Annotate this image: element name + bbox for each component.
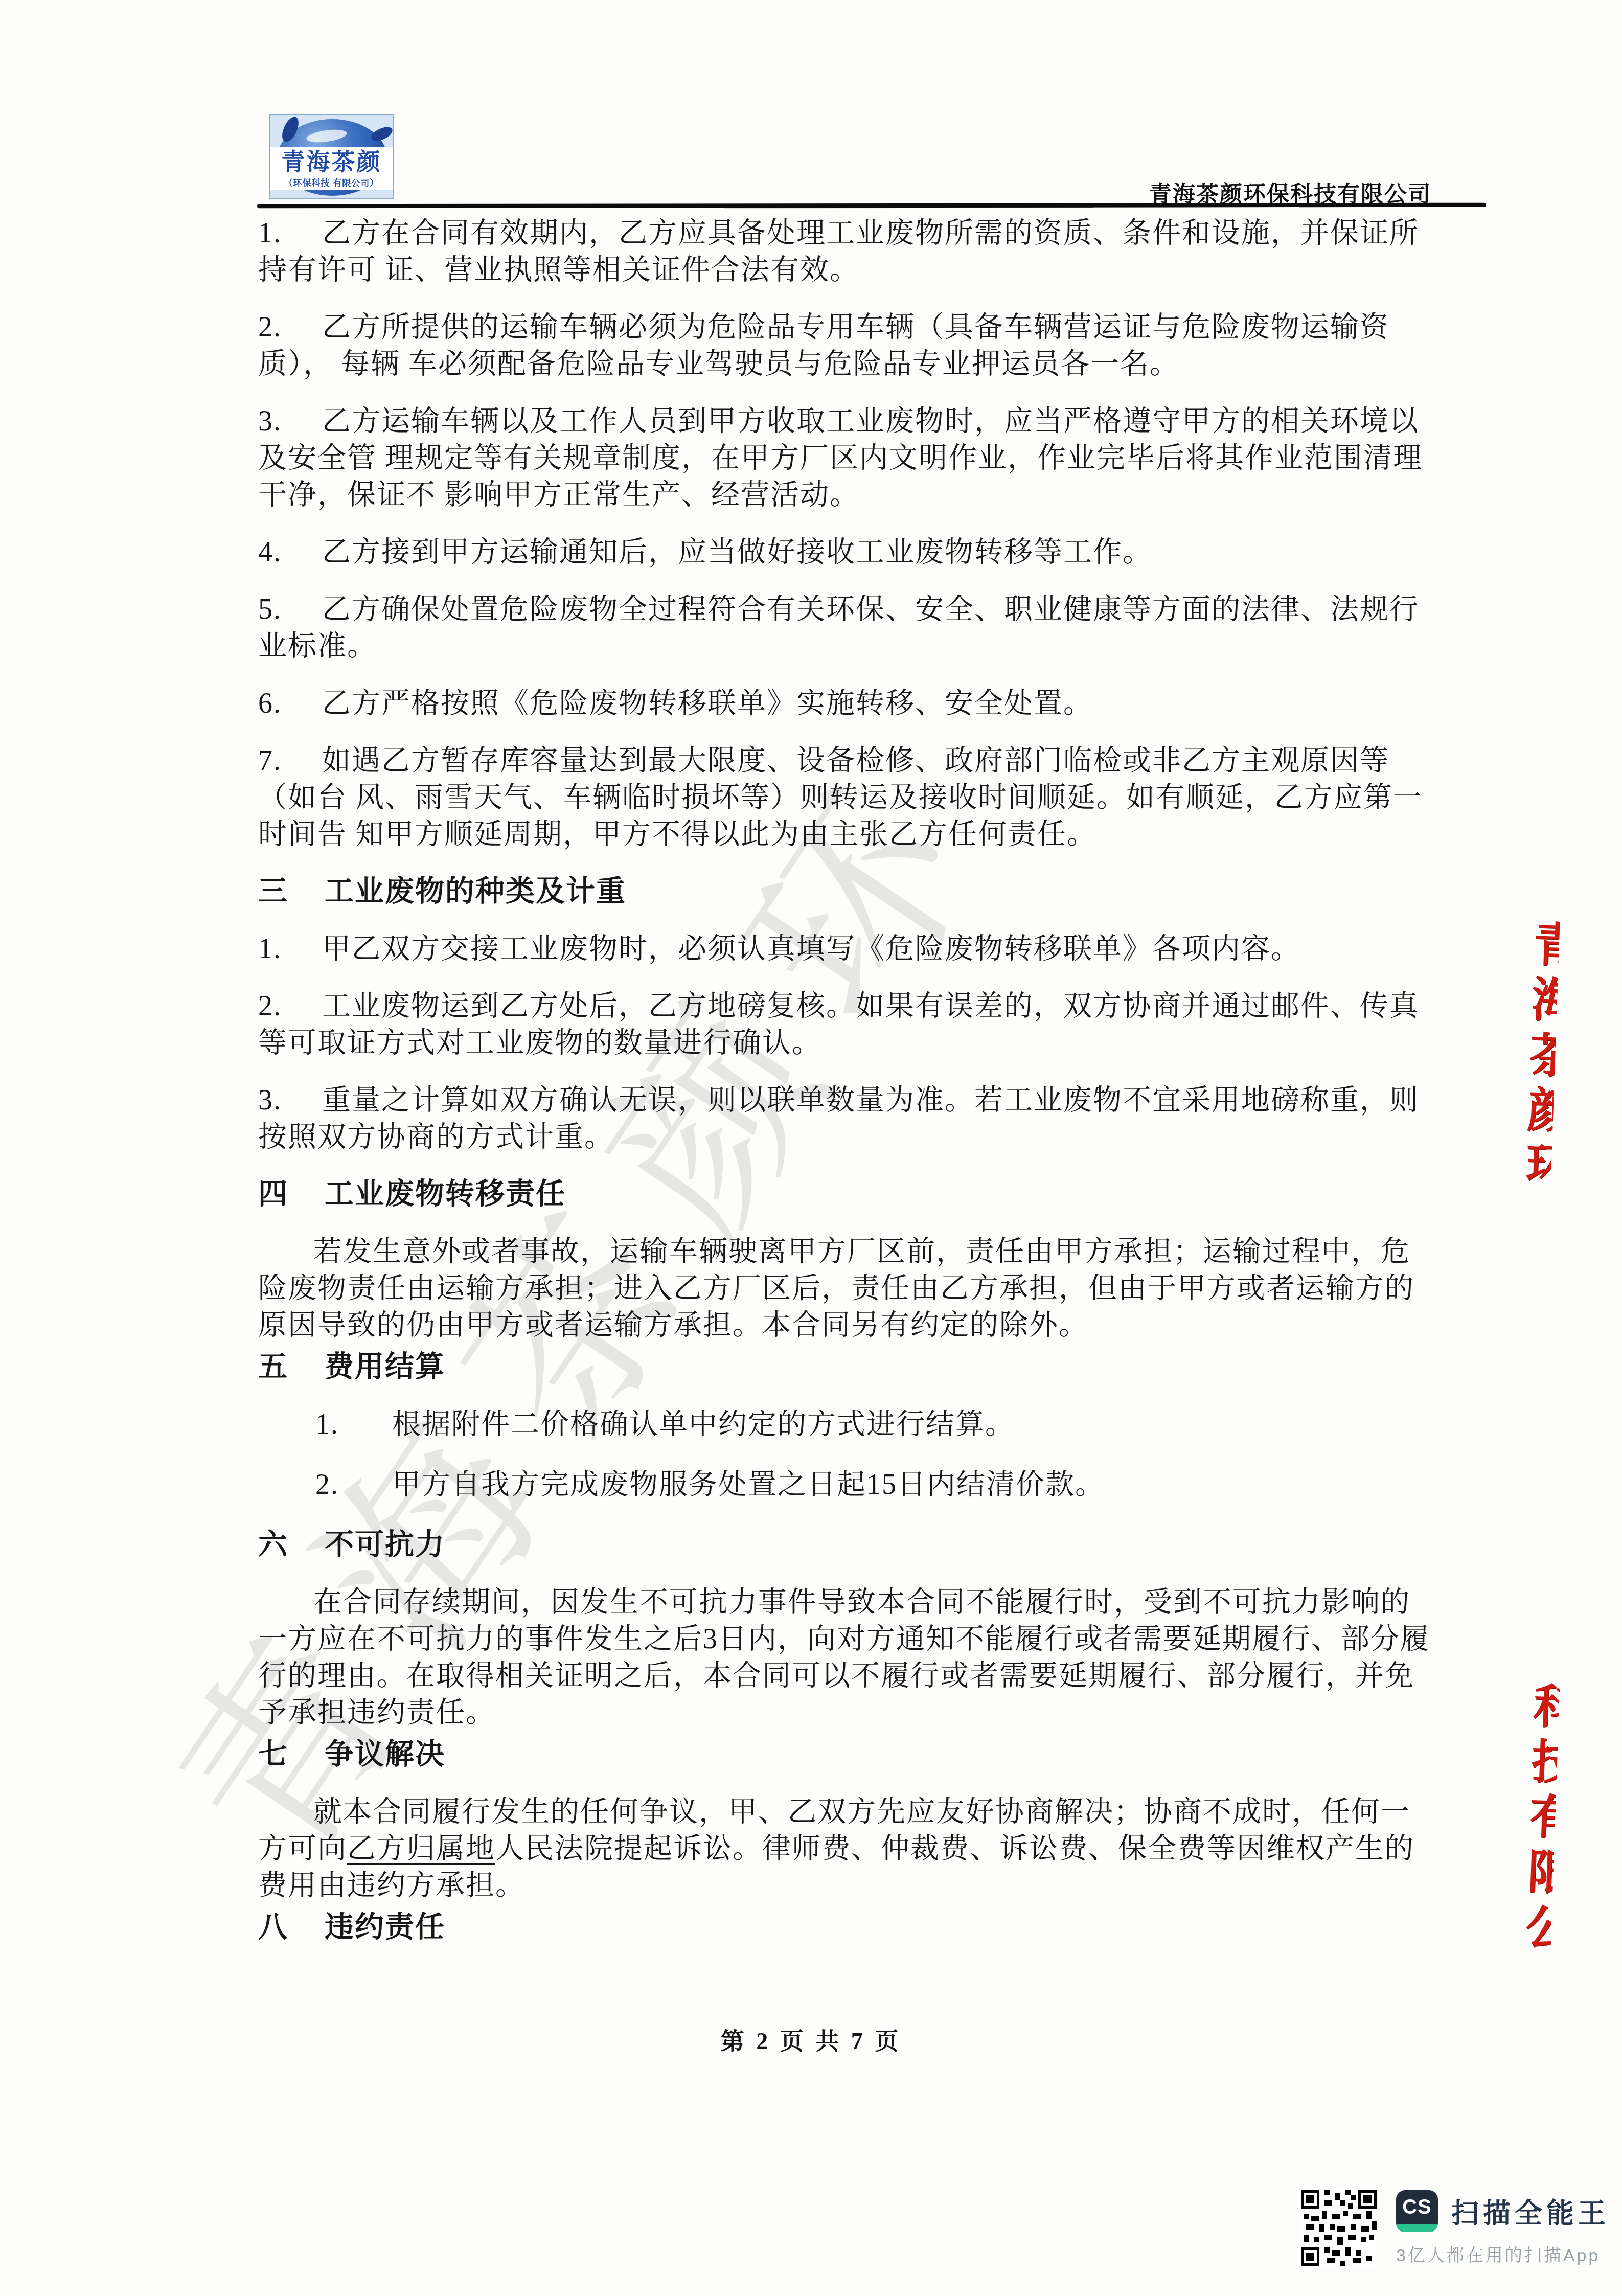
section-number: 六 [258,1527,325,1563]
clause-paragraph: 1.甲乙双方交接工业废物时，必须认真填写《危险废物转移联单》各项内容。 [258,930,1431,967]
camscanner-watermark: CS 扫描全能王 3亿人都在用的扫描App [1301,2190,1610,2266]
section-heading: 五费用结算 [258,1349,1431,1385]
stamp-fragment: 技 [1530,1737,1558,1789]
clause-paragraph: 6.乙方严格按照《危险废物转移联单》实施转移、安全处置。 [258,685,1431,722]
clause-number: 7. [258,742,322,779]
clause-text: 乙方严格按照《危险废物转移联单》实施转移、安全处置。 [322,688,1093,719]
stamp-fragment: 科 [1533,1681,1560,1734]
clause-number: 2. [258,309,322,346]
clause-paragraph: 若发生意外或者事故，运输车辆驶离甲方厂区前，责任由甲方承担；运输过程中，危险废物… [258,1233,1431,1344]
clause-paragraph: 7.如遇乙方暂存库容量达到最大限度、设备检修、政府部门临检或非乙方主观原因等（如… [258,742,1431,853]
section-number: 八 [258,1909,325,1946]
contract-body: 1.乙方在合同有效期内，乙方应具备处理工业废物所需的资质、条件和设施，并保证所持… [258,215,1431,1966]
section-heading: 六不可抗力 [258,1527,1431,1563]
logo-title: 青海茶颜 [282,150,382,173]
logo-title-band: 青海茶颜 [270,147,393,176]
section-title: 违约责任 [325,1911,445,1943]
section-title: 工业废物的种类及计重 [325,875,626,907]
clause-text: 乙方确保处置危险废物全过程符合有关环保、安全、职业健康等方面的法律、法规行业标准… [258,594,1419,662]
clause-text: 乙方接到甲方运输通知后，应当做好接收工业废物转移等工作。 [322,536,1152,568]
red-stamp-fragments-upper: 青 海 茶 颜 环 [1525,920,1560,1196]
clause-number: 3. [258,403,322,440]
scanned-contract-page: 青海茶颜环 青海茶颜 （环保科技 有限公司） 青海茶颜环保科技有限公司 1.乙方… [0,0,1622,2296]
clause-number: 2. [258,988,322,1025]
clause-number: 1. [258,215,322,252]
clause-text: 乙方在合同有效期内，乙方应具备处理工业废物所需的资质、条件和设施，并保证所持有许… [258,217,1419,286]
section-number: 四 [258,1176,325,1213]
clause-paragraph: 4.乙方接到甲方运输通知后，应当做好接收工业废物转移等工作。 [258,534,1431,571]
camscanner-tagline: 3亿人都在用的扫描App [1396,2241,1610,2266]
section-title: 费用结算 [325,1351,445,1383]
underlined-jurisdiction-text: 乙方归属地 [347,1833,495,1865]
logo-leaf-icon [370,125,394,143]
sub-clause-paragraph: 1.根据附件二价格确认单中约定的方式进行结算。 [258,1406,1431,1443]
clause-number: 6. [258,685,322,722]
clause-text: 若发生意外或者事故，运输车辆驶离甲方厂区前，责任由甲方承担；运输过程中，危险废物… [258,1236,1414,1341]
clause-text: 根据附件二价格确认单中约定的方式进行结算。 [392,1408,1015,1440]
clause-paragraph: 2.工业废物运到乙方处后，乙方地磅复核。如果有误差的，双方协商并通过邮件、传真等… [258,988,1431,1061]
camscanner-logo: CS [1396,2190,1438,2232]
clause-text: 甲方自我方完成废物服务处置之日起15日内结清价款。 [392,1469,1105,1501]
clause-paragraph: 5.乙方确保处置危险废物全过程符合有关环保、安全、职业健康等方面的法律、法规行业… [258,591,1431,665]
section-number: 七 [258,1736,325,1773]
clause-text: 如遇乙方暂存库容量达到最大限度、设备检修、政府部门临检或非乙方主观原因等（如台 … [258,745,1423,850]
section-number: 三 [258,873,325,910]
clause-paragraph: 1.乙方在合同有效期内，乙方应具备处理工业废物所需的资质、条件和设施，并保证所持… [258,215,1431,288]
camscanner-logo-text: CS [1396,2190,1438,2224]
clause-paragraph: 3.乙方运输车辆以及工作人员到甲方收取工业废物时，应当严格遵守甲方的相关环境以及… [258,403,1431,513]
stamp-fragment: 限 [1527,1847,1554,1899]
clause-paragraph: 2.乙方所提供的运输车辆必须为危险品专用车辆（具备车辆营运证与危险废物运输资质）… [258,309,1431,382]
clause-text: 乙方所提供的运输车辆必须为危险品专用车辆（具备车辆营运证与危险废物运输资质）， … [258,311,1389,380]
section-number: 五 [258,1349,325,1385]
section-title: 不可抗力 [325,1529,445,1561]
clause-paragraph: 在合同存续期间，因发生不可抗力事件导致本合同不能履行时，受到不可抗力影响的一方应… [258,1584,1431,1731]
clause-paragraph: 3.重量之计算如双方确认无误，则以联单数量为准。若工业废物不宜采用地磅称重，则按… [258,1082,1431,1155]
clause-number: 4. [258,534,322,571]
stamp-fragment: 海 [1530,975,1558,1027]
clause-paragraph: 就本合同履行发生的任何争议，甲、乙双方先应友好协商解决；协商不成时，任何一方可向… [258,1793,1431,1904]
stamp-fragment: 青 [1533,920,1560,972]
section-heading: 三工业废物的种类及计重 [258,873,1431,910]
red-stamp-fragments-lower: 科 技 有 限 公 [1525,1681,1560,1958]
camscanner-app-name: 扫描全能王 [1451,2192,1610,2231]
clause-number: 3. [258,1082,322,1119]
stamp-fragment: 公 [1525,1902,1552,1954]
clause-text: 乙方运输车辆以及工作人员到甲方收取工业废物时，应当严格遵守甲方的相关环境以及安全… [258,405,1423,511]
section-heading: 七争议解决 [258,1736,1431,1773]
stamp-fragment: 茶 [1528,1030,1556,1082]
clause-number: 1. [258,930,322,967]
section-heading: 四工业废物转移责任 [258,1176,1431,1213]
clause-text: 工业废物运到乙方处后，乙方地磅复核。如果有误差的，双方协商并通过邮件、传真等可取… [258,990,1419,1059]
section-heading: 八违约责任 [258,1909,1431,1946]
clause-text: 甲乙双方交接工业废物时，必须认真填写《危险废物转移联单》各项内容。 [322,933,1300,965]
stamp-fragment: 环 [1525,1141,1552,1193]
clause-number: 5. [258,591,322,628]
clause-number: 1. [315,1406,392,1443]
clause-text: 重量之计算如双方确认无误，则以联单数量为准。若工业废物不宜采用地磅称重，则按照双… [258,1084,1419,1153]
section-title: 工业废物转移责任 [325,1178,566,1210]
qr-code [1301,2190,1377,2266]
stamp-fragment: 颜 [1527,1085,1554,1138]
clause-text: 在合同存续期间，因发生不可抗力事件导致本合同不能履行时，受到不可抗力影响的一方应… [258,1586,1430,1729]
stamp-fragment: 有 [1528,1792,1556,1844]
section-title: 争议解决 [325,1738,445,1770]
sub-clause-paragraph: 2.甲方自我方完成废物服务处置之日起15日内结清价款。 [258,1466,1431,1503]
footer-page-number: 第 2 页 共 7 页 [0,2022,1622,2056]
camscanner-logo-green-bar [1396,2224,1438,2232]
clause-number: 2. [315,1466,392,1503]
